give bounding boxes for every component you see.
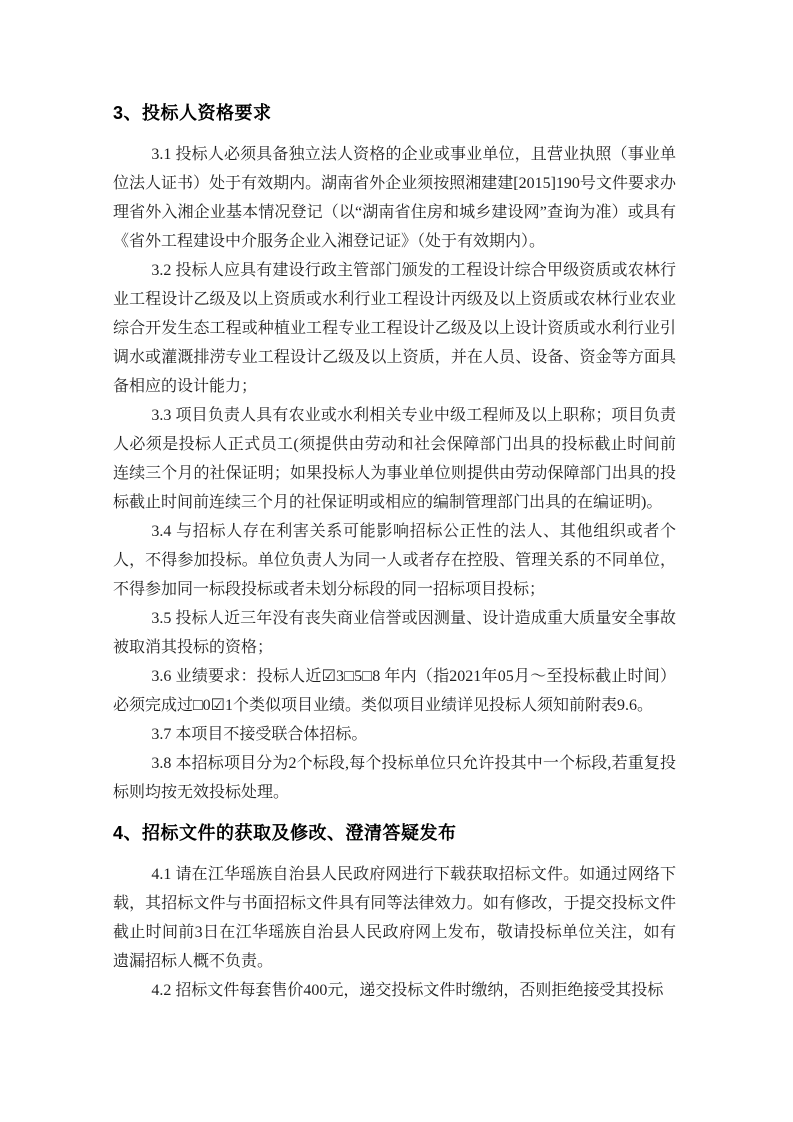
- paragraph-3-3: 3.3 项目负责人具有农业或水利相关专业中级工程师及以上职称；项目负责人必须是投…: [113, 401, 676, 517]
- paragraph-3-8: 3.8 本招标项目分为2个标段,每个投标单位只允许投其中一个标段,若重复投标则均…: [113, 749, 676, 807]
- paragraph-3-1: 3.1 投标人必须具备独立法人资格的企业或事业单位，且营业执照（事业单位法人证书…: [113, 140, 676, 256]
- paragraph-4-2: 4.2 招标文件每套售价400元，递交投标文件时缴纳，否则拒绝接受其投标: [113, 976, 676, 1005]
- section-tender-document-acquisition: 4、招标文件的获取及修改、澄清答疑发布 4.1 请在江华瑶族自治县人民政府网进行…: [113, 820, 676, 1005]
- section-bidder-qualification-requirements: 3、投标人资格要求 3.1 投标人必须具备独立法人资格的企业或事业单位，且营业执…: [113, 100, 676, 807]
- paragraph-3-6-with-checkboxes: 3.6 业绩要求：投标人近☑3□5□8 年内（指2021年05月～至投标截止时间…: [113, 662, 676, 720]
- paragraph-3-5: 3.5 投标人近三年没有丧失商业信誉或因测量、设计造成重大质量安全事故被取消其投…: [113, 604, 676, 662]
- paragraph-3-2: 3.2 投标人应具有建设行政主管部门颁发的工程设计综合甲级资质或农林行业工程设计…: [113, 256, 676, 401]
- paragraph-3-4: 3.4 与招标人存在利害关系可能影响招标公正性的法人、其他组织或者个人，不得参加…: [113, 517, 676, 604]
- section-heading-4: 4、招标文件的获取及修改、澄清答疑发布: [113, 820, 676, 847]
- paragraph-4-1: 4.1 请在江华瑶族自治县人民政府网进行下载获取招标文件。如通过网络下载，其招标…: [113, 860, 676, 976]
- paragraph-3-7: 3.7 本项目不接受联合体招标。: [113, 720, 676, 749]
- section-heading-3: 3、投标人资格要求: [113, 100, 676, 127]
- document-page: 3、投标人资格要求 3.1 投标人必须具备独立法人资格的企业或事业单位，且营业执…: [0, 0, 793, 1122]
